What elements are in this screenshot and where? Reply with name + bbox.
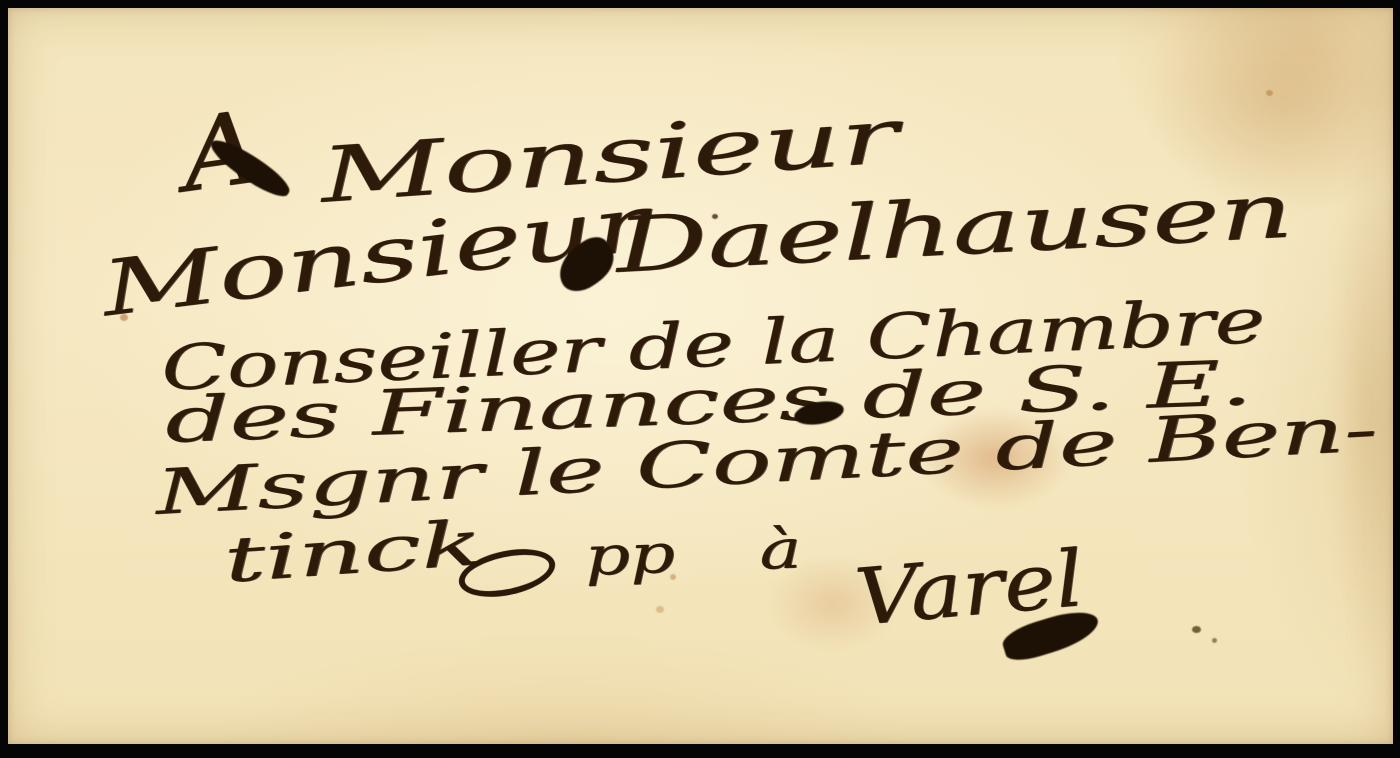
rust-speck — [1266, 90, 1273, 96]
handwriting-line6-pp-a: pp à — [584, 522, 802, 584]
ink-speck — [1192, 626, 1201, 633]
ink-speck — [1212, 638, 1217, 643]
letter-paper: A Monsieur Monsieur Daelhausen Conseille… — [8, 8, 1393, 744]
photograph-frame: A Monsieur Monsieur Daelhausen Conseille… — [0, 0, 1400, 758]
rust-speck — [656, 606, 664, 613]
handwriting-line6-tinck: tinck — [222, 512, 485, 592]
